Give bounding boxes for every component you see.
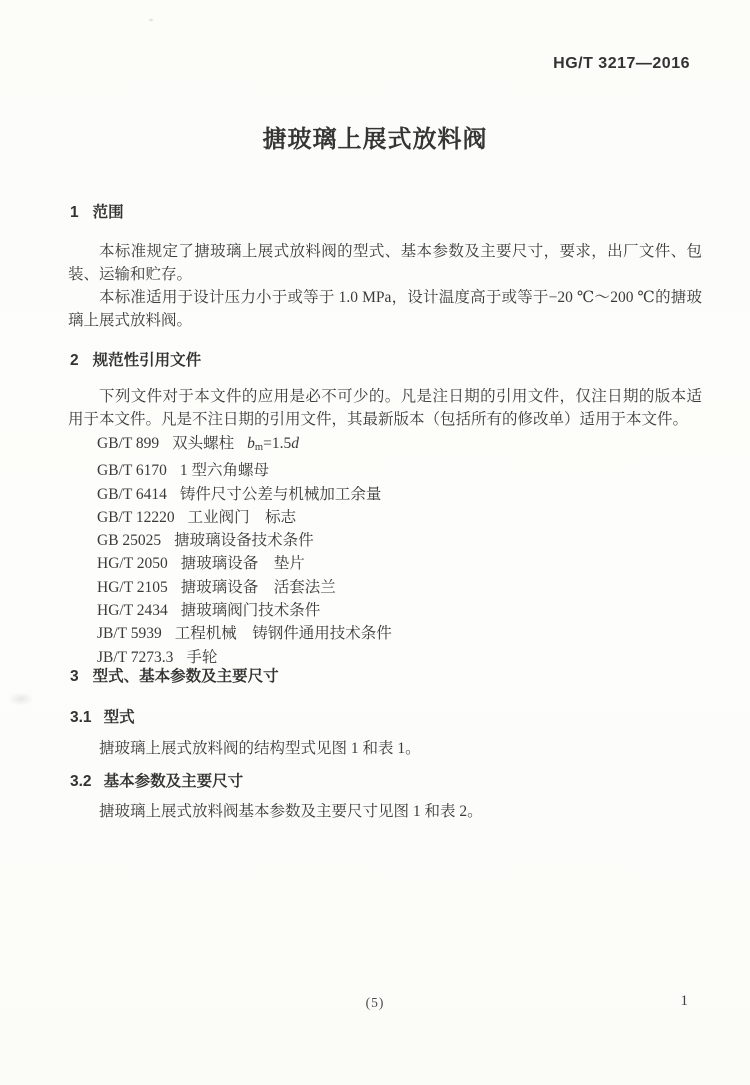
reference-item: GB 25025搪玻璃设备技术条件	[97, 529, 702, 552]
section-3-2-title: 基本参数及主要尺寸	[104, 773, 244, 790]
footer-page-number: 1	[681, 993, 689, 1010]
reference-title: 工业阀门 标志	[188, 509, 297, 526]
reference-title: 工程机械 铸钢件通用技术条件	[175, 625, 392, 642]
reference-item: HG/T 2050搪玻璃设备 垫片	[97, 552, 702, 575]
section-2-heading: 2规范性引用文件	[70, 348, 702, 370]
reference-item: GB/T 899双头螺柱bm=1.5d	[97, 432, 702, 459]
section-3-1-number: 3.1	[70, 709, 92, 726]
section-3-2-heading: 3.2基本参数及主要尺寸	[70, 769, 702, 791]
section-3-heading: 3型式、基本参数及主要尺寸	[70, 664, 702, 686]
reference-title: 1 型六角螺母	[180, 462, 269, 479]
footer-sheet-mark: (5)	[0, 995, 750, 1011]
reference-item: GB/T 61701 型六角螺母	[97, 459, 702, 482]
scan-artifact	[148, 18, 154, 22]
section-3-1-paragraph: 搪玻璃上展式放料阀的结构型式见图 1 和表 1。	[68, 737, 702, 760]
section-1-title: 范围	[93, 204, 124, 221]
reference-code: HG/T 2105	[97, 579, 168, 596]
reference-code: HG/T 2050	[97, 555, 168, 572]
reference-title: 铸件尺寸公差与机械加工余量	[180, 486, 382, 503]
section-3-2-number: 3.2	[70, 773, 92, 790]
reference-item: HG/T 2434搪玻璃阀门技术条件	[97, 599, 702, 622]
reference-formula: bm=1.5d	[247, 435, 299, 452]
section-3-2-paragraph: 搪玻璃上展式放料阀基本参数及主要尺寸见图 1 和表 2。	[68, 800, 702, 823]
section-2-number: 2	[70, 352, 79, 369]
reference-code: JB/T 5939	[97, 625, 162, 642]
section-3-1-heading: 3.1型式	[70, 705, 702, 727]
reference-code: GB 25025	[97, 532, 161, 549]
reference-code: GB/T 899	[97, 435, 159, 452]
reference-code: GB/T 6414	[97, 486, 167, 503]
reference-item: GB/T 6414铸件尺寸公差与机械加工余量	[97, 483, 702, 506]
document-title: 搪玻璃上展式放料阀	[0, 119, 750, 154]
reference-title: 搪玻璃设备 活套法兰	[181, 579, 336, 596]
section-3-1-title: 型式	[104, 709, 135, 726]
reference-code: HG/T 2434	[97, 602, 168, 619]
reference-item: HG/T 2105搪玻璃设备 活套法兰	[97, 576, 702, 599]
section-1-number: 1	[70, 204, 79, 221]
reference-item: JB/T 5939工程机械 铸钢件通用技术条件	[97, 622, 702, 645]
section-1-paragraph-1: 本标准规定了搪玻璃上展式放料阀的型式、基本参数及主要尺寸，要求，出厂文件、包装、…	[68, 240, 702, 286]
reference-code: GB/T 6170	[97, 462, 167, 479]
reference-code: GB/T 12220	[97, 509, 175, 526]
section-2-intro: 下列文件对于本文件的应用是必不可少的。凡是注日期的引用文件，仅注日期的版本适用于…	[68, 385, 702, 431]
section-1-heading: 1范围	[70, 200, 702, 222]
section-1-paragraph-2: 本标准适用于设计压力小于或等于 1.0 MPa，设计温度高于或等于−20 ℃～2…	[68, 286, 702, 332]
section-3-number: 3	[70, 668, 79, 685]
standard-code: HG/T 3217—2016	[553, 55, 690, 73]
section-3-title: 型式、基本参数及主要尺寸	[93, 668, 279, 685]
scan-artifact	[8, 692, 34, 706]
reference-title: 搪玻璃设备技术条件	[174, 532, 314, 549]
reference-title: 搪玻璃阀门技术条件	[181, 602, 321, 619]
section-2-title: 规范性引用文件	[93, 352, 202, 369]
reference-title: 搪玻璃设备 垫片	[181, 555, 305, 572]
document-page: HG/T 3217—2016 搪玻璃上展式放料阀 1范围 本标准规定了搪玻璃上展…	[0, 0, 750, 1085]
reference-item: GB/T 12220工业阀门 标志	[97, 506, 702, 529]
reference-list: GB/T 899双头螺柱bm=1.5d GB/T 61701 型六角螺母 GB/…	[97, 432, 702, 669]
reference-title: 双头螺柱	[172, 435, 234, 452]
